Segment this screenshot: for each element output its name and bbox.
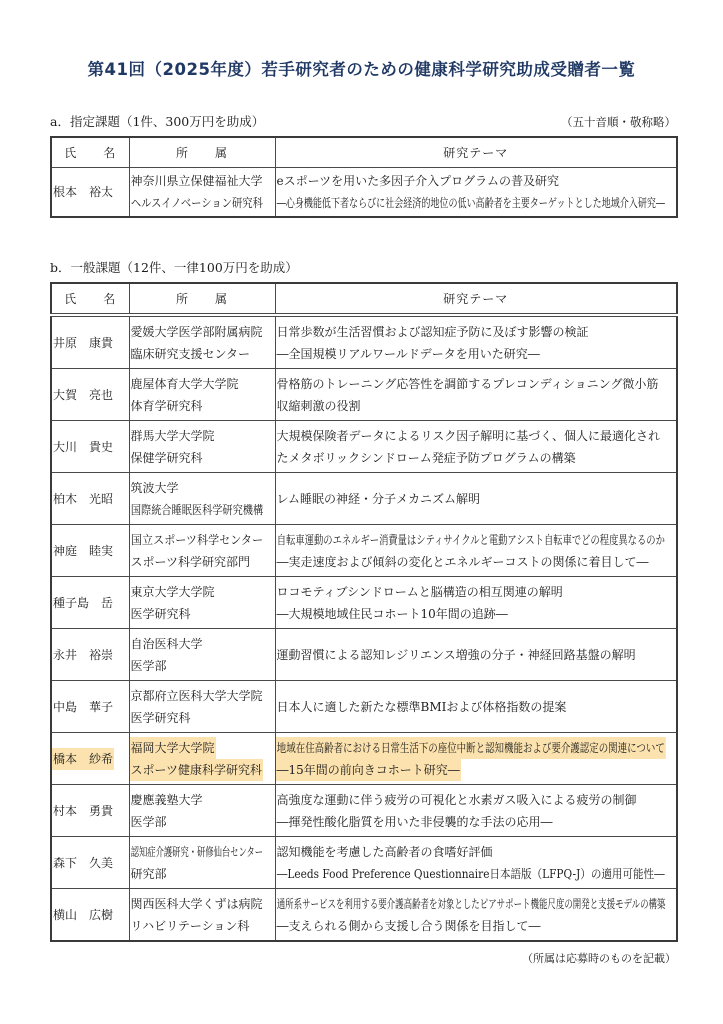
affiliation-line: 医学研究科 bbox=[130, 707, 192, 729]
document-page: 第41回（2025年度）若手研究者のための健康科学研究助成受贈者一覧 a．指定課… bbox=[0, 0, 723, 1024]
column-header-name: 氏 名 bbox=[51, 283, 129, 315]
table-header-row: 氏 名 所 属 研究テーマ bbox=[51, 137, 677, 168]
theme-line: ―Leeds Food Preference Questionnaire日本語版… bbox=[276, 863, 666, 885]
theme-line: 高強度な運動に伴う疲労の可視化と水素ガス吸入による疲労の制御 bbox=[276, 789, 638, 811]
table-row: 横山 広樹関西医科大学くずは病院リハビリテーション科通所系サービスを利用する要介… bbox=[51, 889, 677, 942]
research-theme-cell: レム睡眠の神経・分子メカニズム解明 bbox=[275, 473, 677, 525]
theme-line: ロコモティブシンドロームと脳構造の相互関連の解明 bbox=[276, 581, 564, 603]
research-theme-cell: 骨格筋のトレーニング応答性を調節するプレコンディショニング微小筋収縮刺激の役割 bbox=[275, 369, 677, 421]
section-b-heading: b．一般課題（12件、一律100万円を助成） bbox=[50, 258, 298, 276]
affiliation-cell: 京都府立医科大学大学院医学研究科 bbox=[129, 681, 275, 733]
affiliation-cell: 福岡大学大学院スポーツ健康科学研究科 bbox=[129, 733, 275, 785]
recipient-name: 根本 裕太 bbox=[52, 181, 114, 203]
designated-topics-table: 氏 名 所 属 研究テーマ 根本 裕太神奈川県立保健福祉大学ヘルスイノベーション… bbox=[50, 136, 678, 218]
section-a-header: a．指定課題（1件、300万円を助成） （五十音順・敬称略） bbox=[50, 112, 676, 130]
research-theme-cell: 通所系サービスを利用する要介護高齢者を対象としたピアサポート機能尺度の開発と支援… bbox=[275, 889, 677, 942]
page-title: 第41回（2025年度）若手研究者のための健康科学研究助成受贈者一覧 bbox=[0, 56, 723, 80]
recipient-name-cell: 根本 裕太 bbox=[51, 168, 129, 218]
table-row: 神庭 睦実国立スポーツ科学センタースポーツ科学研究部門自転車運動のエネルギー消費… bbox=[51, 525, 677, 577]
recipient-name-cell: 村本 勇貴 bbox=[51, 785, 129, 837]
table-row: 村本 勇貴慶應義塾大学医学部高強度な運動に伴う疲労の可視化と水素ガス吸入による疲… bbox=[51, 785, 677, 837]
recipient-name: 中島 華子 bbox=[52, 696, 114, 718]
theme-line: ―支えられる側から支援し合う関係を目指して― bbox=[276, 915, 542, 937]
affiliation-cell: 認知症介護研究・研修仙台センター研究部 bbox=[129, 837, 275, 889]
column-header-theme: 研究テーマ bbox=[275, 137, 677, 168]
theme-line: 収縮刺激の役割 bbox=[276, 395, 362, 417]
research-theme-cell: 大規模保険者データによるリスク因子解明に基づく、個人に最適化されたメタボリックシ… bbox=[275, 421, 677, 473]
affiliation-line: 群馬大学大学院 bbox=[130, 425, 216, 447]
affiliation-line: リハビリテーション科 bbox=[130, 915, 251, 937]
affiliation-line: 神奈川県立保健福祉大学 bbox=[130, 170, 264, 192]
research-theme-cell: 認知機能を考慮した高齢者の食嗜好評価―Leeds Food Preference… bbox=[275, 837, 677, 889]
recipient-name: 横山 広樹 bbox=[52, 904, 114, 926]
recipient-name: 村本 勇貴 bbox=[52, 800, 114, 822]
section-a-heading: a．指定課題（1件、300万円を助成） bbox=[50, 112, 264, 130]
recipient-name-cell: 中島 華子 bbox=[51, 681, 129, 733]
theme-line: 運動習慣による認知レジリエンス増強の分子・神経回路基盤の解明 bbox=[276, 644, 637, 666]
affiliation-disclaimer: （所属は応募時のものを記載） bbox=[0, 950, 676, 966]
recipient-name-cell: 永井 裕崇 bbox=[51, 629, 129, 681]
affiliation-line: 医学部 bbox=[130, 811, 168, 833]
affiliation-line: 鹿屋体育大学大学院 bbox=[130, 373, 240, 395]
theme-line: 日常歩数が生活習慣および認知症予防に及ぼす影響の検証 bbox=[276, 321, 590, 343]
research-theme-cell: 日本人に適した新たな標準BMIおよび体格指数の提案 bbox=[275, 681, 677, 733]
theme-line: eスポーツを用いた多因子介入プログラムの普及研究 bbox=[276, 170, 561, 192]
section-b-header: b．一般課題（12件、一律100万円を助成） bbox=[50, 258, 676, 276]
affiliation-cell: 鹿屋体育大学大学院体育学研究科 bbox=[129, 369, 275, 421]
affiliation-line: 臨床研究支援センター bbox=[130, 343, 252, 365]
affiliation-line: スポーツ健康科学研究科 bbox=[130, 759, 264, 781]
column-header-name: 氏 名 bbox=[51, 137, 129, 168]
affiliation-line: 筑波大学 bbox=[130, 477, 180, 499]
table-header-row: 氏 名 所 属 研究テーマ bbox=[51, 283, 677, 315]
theme-line: ―全国規模リアルワールドデータを用いた研究― bbox=[276, 343, 541, 365]
affiliation-cell: 東京大学大学院医学研究科 bbox=[129, 577, 275, 629]
table-row: 永井 裕崇自治医科大学医学部運動習慣による認知レジリエンス増強の分子・神経回路基… bbox=[51, 629, 677, 681]
affiliation-line: ヘルスイノベーション研究科 bbox=[130, 192, 264, 214]
affiliation-line: 京都府立医科大学大学院 bbox=[130, 685, 264, 707]
research-theme-cell: 地域在住高齢者における日常生活下の座位中断と認知機能および要介護認定の関連につい… bbox=[275, 733, 677, 785]
affiliation-line: 研究部 bbox=[130, 863, 168, 885]
theme-line: 日本人に適した新たな標準BMIおよび体格指数の提案 bbox=[276, 696, 568, 718]
affiliation-cell: 愛媛大学医学部附属病院臨床研究支援センター bbox=[129, 315, 275, 369]
theme-line: たメタボリックシンドローム発症予防プログラムの構築 bbox=[276, 447, 577, 469]
theme-line: ―心身機能低下者ならびに社会経済的地位の低い高齢者を主要ターゲットとした地域介入… bbox=[276, 192, 666, 214]
recipient-name-cell: 横山 広樹 bbox=[51, 889, 129, 942]
table-row: 種子島 岳東京大学大学院医学研究科ロコモティブシンドロームと脳構造の相互関連の解… bbox=[51, 577, 677, 629]
theme-line: 大規模保険者データによるリスク因子解明に基づく、個人に最適化され bbox=[276, 425, 662, 447]
affiliation-line: 東京大学大学院 bbox=[130, 581, 216, 603]
recipient-name: 大川 貴史 bbox=[52, 436, 114, 458]
sort-order-note: （五十音順・敬称略） bbox=[561, 114, 676, 130]
theme-line: レム睡眠の神経・分子メカニズム解明 bbox=[276, 488, 482, 510]
recipient-name-cell: 井原 康貴 bbox=[51, 315, 129, 369]
affiliation-cell: 群馬大学大学院保健学研究科 bbox=[129, 421, 275, 473]
table-row: 根本 裕太神奈川県立保健福祉大学ヘルスイノベーション研究科eスポーツを用いた多因… bbox=[51, 168, 677, 218]
theme-line: 通所系サービスを利用する要介護高齢者を対象としたピアサポート機能尺度の開発と支援… bbox=[276, 893, 666, 915]
recipient-name: 橋本 紗希 bbox=[52, 748, 114, 770]
recipient-name-cell: 大賀 亮也 bbox=[51, 369, 129, 421]
table-row: 井原 康貴愛媛大学医学部附属病院臨床研究支援センター日常歩数が生活習慣および認知… bbox=[51, 315, 677, 369]
affiliation-cell: 自治医科大学医学部 bbox=[129, 629, 275, 681]
affiliation-line: 認知症介護研究・研修仙台センター bbox=[130, 841, 264, 863]
table-row: 橋本 紗希福岡大学大学院スポーツ健康科学研究科地域在住高齢者における日常生活下の… bbox=[51, 733, 677, 785]
research-theme-cell: 運動習慣による認知レジリエンス増強の分子・神経回路基盤の解明 bbox=[275, 629, 677, 681]
table-row: 大川 貴史群馬大学大学院保健学研究科大規模保険者データによるリスク因子解明に基づ… bbox=[51, 421, 677, 473]
recipient-name-cell: 森下 久美 bbox=[51, 837, 129, 889]
recipient-name: 井原 康貴 bbox=[52, 332, 114, 354]
affiliation-cell: 国立スポーツ科学センタースポーツ科学研究部門 bbox=[129, 525, 275, 577]
affiliation-line: 慶應義塾大学 bbox=[130, 789, 204, 811]
theme-line: ―15年間の前向きコホート研究― bbox=[276, 759, 461, 781]
recipient-name-cell: 柏木 光昭 bbox=[51, 473, 129, 525]
affiliation-line: 自治医科大学 bbox=[130, 633, 204, 655]
theme-line: 骨格筋のトレーニング応答性を調節するプレコンディショニング微小筋 bbox=[276, 373, 660, 395]
column-header-theme: 研究テーマ bbox=[275, 283, 677, 315]
recipient-name: 大賀 亮也 bbox=[52, 384, 114, 406]
affiliation-line: 保健学研究科 bbox=[130, 447, 204, 469]
affiliation-line: 愛媛大学医学部附属病院 bbox=[130, 321, 264, 343]
theme-line: 自転車運動のエネルギー消費量はシティサイクルと電動アシスト自転車でどの程度異なる… bbox=[276, 529, 666, 551]
column-header-affiliation: 所 属 bbox=[129, 137, 275, 168]
theme-line: 認知機能を考慮した高齢者の食嗜好評価 bbox=[276, 841, 494, 863]
theme-line: ―大規模地域住民コホート10年間の追跡― bbox=[276, 603, 509, 625]
recipient-name-cell: 大川 貴史 bbox=[51, 421, 129, 473]
research-theme-cell: eスポーツを用いた多因子介入プログラムの普及研究―心身機能低下者ならびに社会経済… bbox=[275, 168, 677, 218]
affiliation-line: 福岡大学大学院 bbox=[130, 737, 216, 759]
recipient-name-cell: 橋本 紗希 bbox=[51, 733, 129, 785]
table-row: 森下 久美認知症介護研究・研修仙台センター研究部認知機能を考慮した高齢者の食嗜好… bbox=[51, 837, 677, 889]
theme-line: ―実走速度および傾斜の変化とエネルギーコストの関係に着目して― bbox=[276, 551, 650, 573]
research-theme-cell: 日常歩数が生活習慣および認知症予防に及ぼす影響の検証―全国規模リアルワールドデー… bbox=[275, 315, 677, 369]
affiliation-cell: 筑波大学国際統合睡眠医科学研究機構 bbox=[129, 473, 275, 525]
affiliation-line: スポーツ科学研究部門 bbox=[130, 551, 252, 573]
column-header-affiliation: 所 属 bbox=[129, 283, 275, 315]
table-row: 大賀 亮也鹿屋体育大学大学院体育学研究科骨格筋のトレーニング応答性を調節するプレ… bbox=[51, 369, 677, 421]
affiliation-line: 国立スポーツ科学センター bbox=[130, 529, 264, 551]
recipient-name: 神庭 睦実 bbox=[52, 540, 114, 562]
research-theme-cell: 高強度な運動に伴う疲労の可視化と水素ガス吸入による疲労の制御―揮発性酸化脂質を用… bbox=[275, 785, 677, 837]
recipient-name-cell: 種子島 岳 bbox=[51, 577, 129, 629]
table-row: 柏木 光昭筑波大学国際統合睡眠医科学研究機構レム睡眠の神経・分子メカニズム解明 bbox=[51, 473, 677, 525]
recipient-name: 種子島 岳 bbox=[52, 592, 114, 614]
recipient-name: 永井 裕崇 bbox=[52, 644, 114, 666]
recipient-name: 森下 久美 bbox=[52, 852, 114, 874]
affiliation-cell: 慶應義塾大学医学部 bbox=[129, 785, 275, 837]
affiliation-line: 国際統合睡眠医科学研究機構 bbox=[130, 499, 264, 521]
theme-line: ―揮発性酸化脂質を用いた非侵襲的な手法の応用― bbox=[276, 811, 554, 833]
affiliation-cell: 神奈川県立保健福祉大学ヘルスイノベーション研究科 bbox=[129, 168, 275, 218]
theme-line: 地域在住高齢者における日常生活下の座位中断と認知機能および要介護認定の関連につい… bbox=[276, 737, 666, 759]
affiliation-cell: 関西医科大学くずは病院リハビリテーション科 bbox=[129, 889, 275, 942]
affiliation-line: 関西医科大学くずは病院 bbox=[130, 893, 264, 915]
affiliation-line: 体育学研究科 bbox=[130, 395, 204, 417]
research-theme-cell: 自転車運動のエネルギー消費量はシティサイクルと電動アシスト自転車でどの程度異なる… bbox=[275, 525, 677, 577]
table-row: 中島 華子京都府立医科大学大学院医学研究科日本人に適した新たな標準BMIおよび体… bbox=[51, 681, 677, 733]
recipient-name: 柏木 光昭 bbox=[52, 488, 114, 510]
research-theme-cell: ロコモティブシンドロームと脳構造の相互関連の解明―大規模地域住民コホート10年間… bbox=[275, 577, 677, 629]
affiliation-line: 医学研究科 bbox=[130, 603, 192, 625]
general-topics-table: 氏 名 所 属 研究テーマ 井原 康貴愛媛大学医学部附属病院臨床研究支援センター… bbox=[50, 282, 678, 942]
recipient-name-cell: 神庭 睦実 bbox=[51, 525, 129, 577]
affiliation-line: 医学部 bbox=[130, 655, 168, 677]
